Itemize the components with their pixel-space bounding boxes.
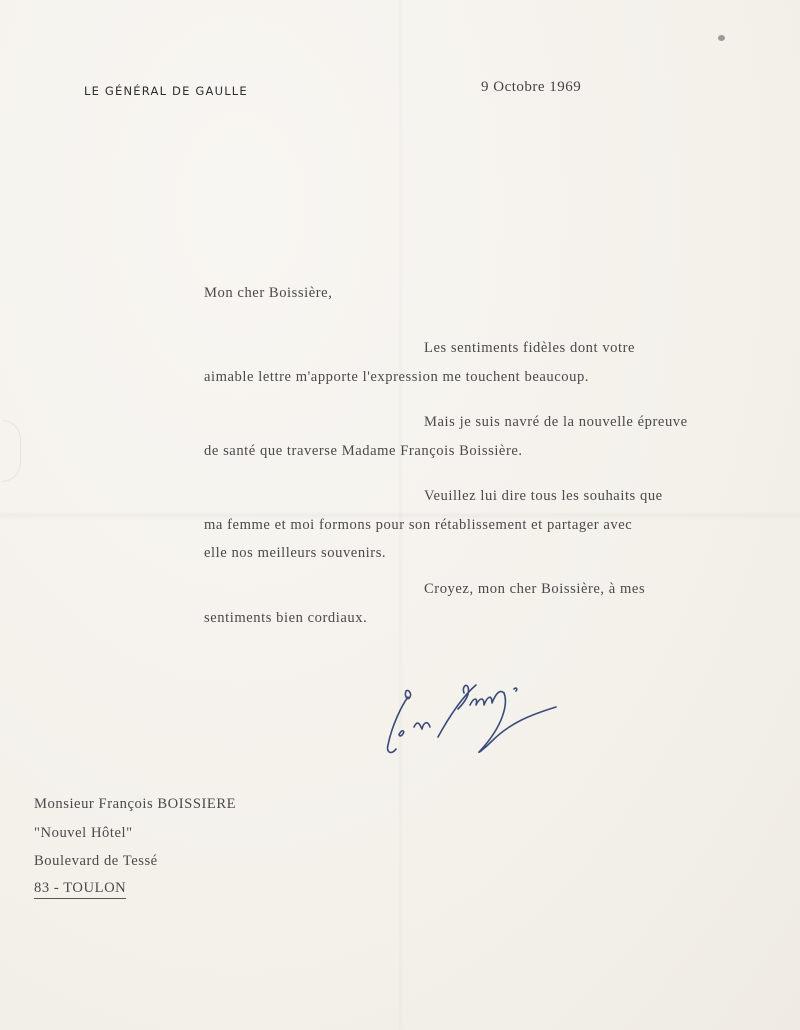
body-line: elle nos meilleurs souvenirs. (204, 545, 386, 562)
body-line: aimable lettre m'apporte l'expression me… (204, 369, 589, 386)
letter-paper (0, 0, 800, 1030)
body-line: de santé que traverse Madame François Bo… (204, 443, 523, 460)
body-line: Les sentiments fidèles dont votre (424, 340, 635, 357)
paper-blemish (718, 35, 725, 41)
body-line: Veuillez lui dire tous les souhaits que (424, 488, 663, 505)
letter-date: 9 Octobre 1969 (481, 79, 581, 96)
address-line: "Nouvel Hôtel" (34, 825, 133, 842)
address-city: 83 - TOULON (34, 880, 126, 899)
paper-crease (2, 420, 21, 482)
body-line: sentiments bien cordiaux. (204, 610, 367, 627)
salutation: Mon cher Boissière, (204, 285, 332, 302)
address-line: Monsieur François BOISSIERE (34, 796, 236, 813)
signature (380, 675, 580, 765)
letterhead: LE GÉNÉRAL DE GAULLE (84, 84, 248, 98)
body-line: Croyez, mon cher Boissière, à mes (424, 581, 645, 598)
body-line: Mais je suis navré de la nouvelle épreuv… (424, 414, 688, 431)
address-line: Boulevard de Tessé (34, 853, 158, 870)
body-line: ma femme et moi formons pour son rétabli… (204, 517, 632, 534)
